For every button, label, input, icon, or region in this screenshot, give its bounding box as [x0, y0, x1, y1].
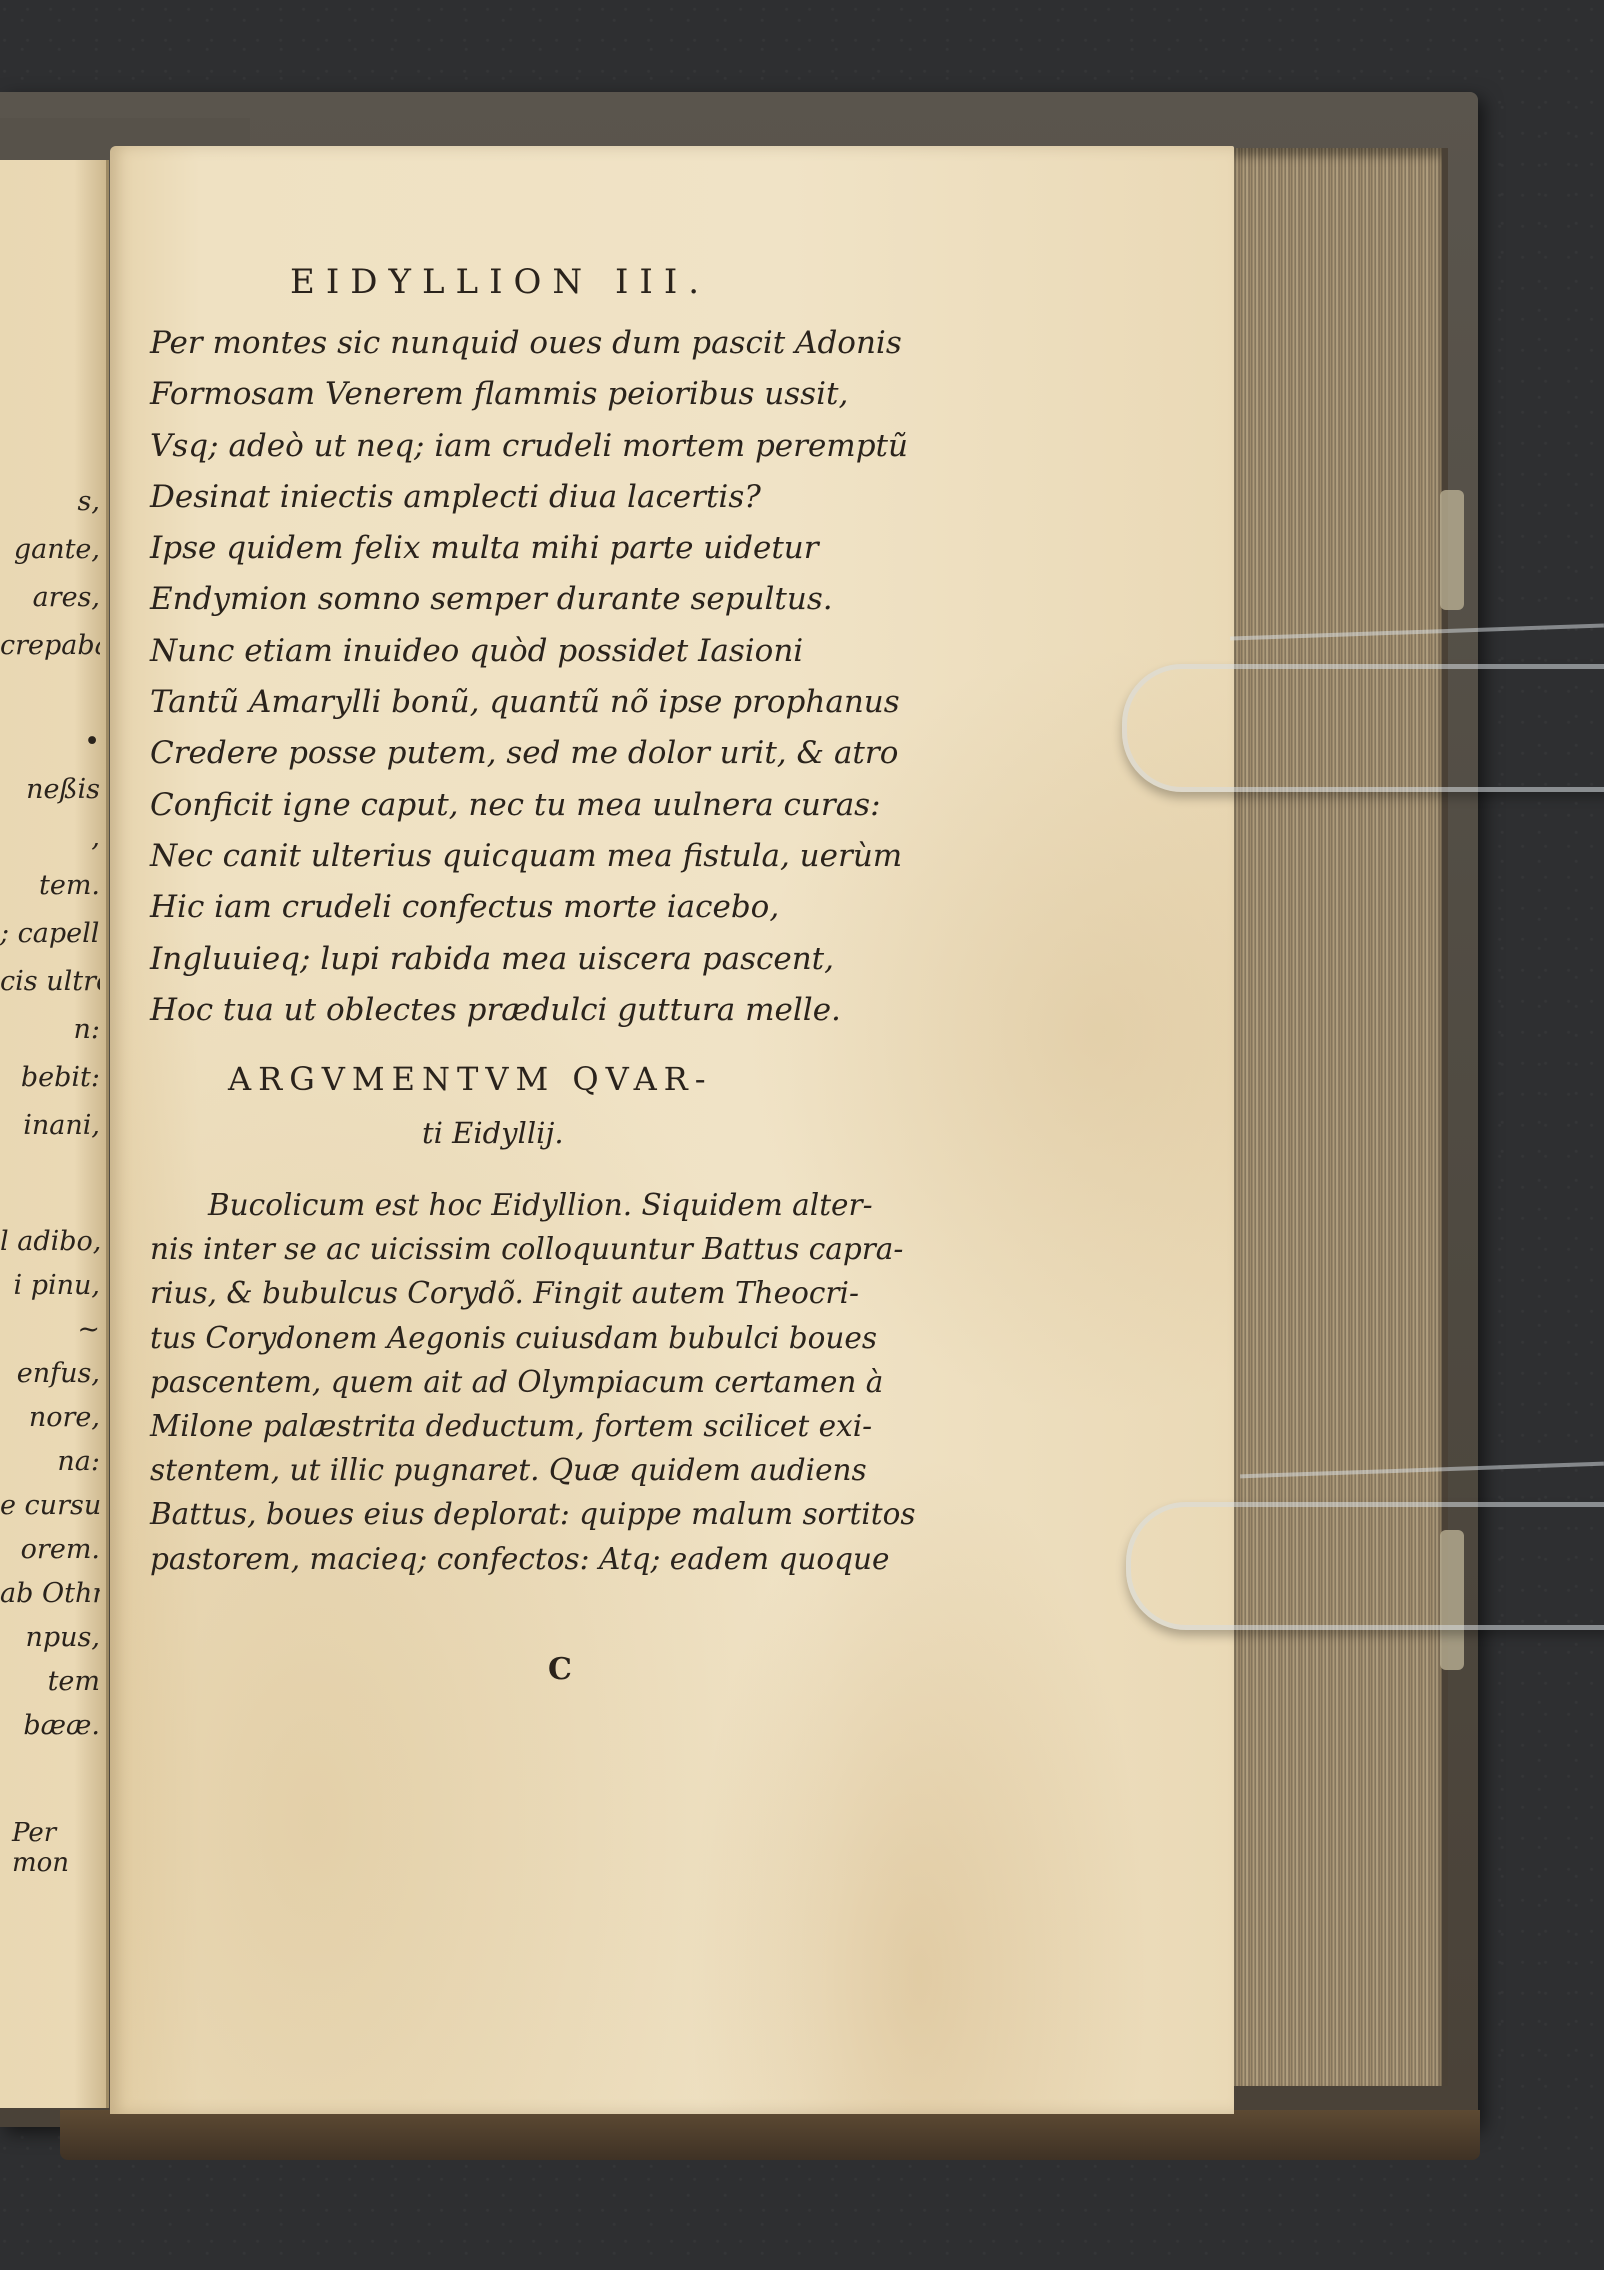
left-fragment-line: •	[0, 718, 100, 766]
paper-clip-icon	[1122, 664, 1604, 792]
verse-line: Formosam Venerem flammis peioribus ussit…	[150, 369, 908, 420]
catchword: Per mon	[12, 1818, 106, 1878]
paragraph-line: nis inter se ac uicissim colloquuntur Ba…	[150, 1227, 916, 1271]
verse-line: Hic iam crudeli confectus morte iacebo,	[150, 882, 908, 933]
argument-heading-continued: ti Eidyllij.	[422, 1116, 564, 1150]
left-fragment-line: enfus,	[0, 1352, 100, 1396]
verse-line: Per montes sic nunquid oues dum pascit A…	[150, 318, 908, 369]
verse-line: Tantũ Amarylli bonũ, quantũ nõ ipse prop…	[150, 677, 908, 728]
verse-line: Desinat iniectis amplecti diua lacertis?	[150, 472, 908, 523]
left-fragment-line: inani,	[0, 1102, 100, 1150]
verse-line: Endymion somno semper durante sepultus.	[150, 574, 908, 625]
paragraph-line: rius, & bubulcus Corydõ. Fingit autem Th…	[150, 1271, 916, 1315]
paragraph-line: tus Corydonem Aegonis cuiusdam bubulci b…	[150, 1316, 916, 1360]
left-fragment-line: neßis	[0, 766, 100, 814]
verse-line: Nec canit ulterius quicquam mea fistula,…	[150, 831, 908, 882]
left-fragment-line: bebit:	[0, 1054, 100, 1102]
left-fragment-line: nore,	[0, 1396, 100, 1440]
left-page-text-bottom: l adibo, i pinu, ~ enfus, nore, na: e cu…	[0, 1220, 100, 1748]
left-fragment-line: ,	[0, 814, 100, 862]
verse-line: Ipse quidem felix multa mihi parte uidet…	[150, 523, 908, 574]
left-fragment-line: tem.	[0, 862, 100, 910]
left-fragment-line: ares,	[0, 574, 100, 622]
page-block-edges	[1232, 148, 1448, 2086]
left-page-text-top: s, gante, ares, crepabat • neßis , tem. …	[0, 478, 100, 1150]
argument-heading: ARGVMENTVM QVAR-	[228, 1060, 808, 1098]
left-fragment-line: n:	[0, 1006, 100, 1054]
left-fragment-line: gante,	[0, 526, 100, 574]
left-fragment-line: s,	[0, 478, 100, 526]
paragraph-line: pastorem, macieq; confectos: Atq; eadem …	[150, 1537, 916, 1581]
left-fragment-line: crepabat	[0, 622, 100, 670]
argument-paragraph: Bucolicum est hoc Eidyllion. Siquidem al…	[150, 1183, 916, 1581]
left-fragment-line: bææ.	[0, 1704, 100, 1748]
left-fragment-line: l adibo,	[0, 1220, 100, 1264]
left-fragment-line: i pinu,	[0, 1264, 100, 1308]
verse-line: Nunc etiam inuideo quòd possidet Iasioni	[150, 626, 908, 677]
left-fragment-line: ; capellà,	[0, 910, 100, 958]
paragraph-line: Milone palæstrita deductum, fortem scili…	[150, 1404, 916, 1448]
left-fragment-line: orem.	[0, 1528, 100, 1572]
paragraph-line: pascentem, quem ait ad Olympiacum certam…	[150, 1360, 916, 1404]
verse-line: Conficit igne caput, nec tu mea uulnera …	[150, 780, 908, 831]
paragraph-line: stentem, ut illic pugnaret. Quæ quidem a…	[150, 1448, 916, 1492]
verse-line: Vsq; adeò ut neq; iam crudeli mortem per…	[150, 421, 908, 472]
paragraph-line: Bucolicum est hoc Eidyllion. Siquidem al…	[150, 1183, 916, 1227]
cover-bottom-edge	[60, 2110, 1480, 2160]
left-fragment-line: ab Othry	[0, 1572, 100, 1616]
left-fragment-line: ~	[0, 1308, 100, 1352]
signature-mark: C	[548, 1652, 572, 1687]
verse-line: Hoc tua ut oblectes prædulci guttura mel…	[150, 985, 908, 1036]
left-fragment-line: na:	[0, 1440, 100, 1484]
paragraph-line: Battus, boues eius deplorat: quippe malu…	[150, 1492, 916, 1536]
left-fragment-line	[0, 670, 100, 718]
left-fragment-line: cis ultro	[0, 958, 100, 1006]
left-fragment-line: npus,	[0, 1616, 100, 1660]
verse-block: Per montes sic nunquid oues dum pascit A…	[150, 318, 908, 1036]
running-header: EIDYLLION III.	[290, 262, 740, 302]
spine-tab-stain	[1440, 490, 1464, 610]
left-fragment-line: tem	[0, 1660, 100, 1704]
verse-line: Ingluuieq; lupi rabida mea uiscera pasce…	[150, 934, 908, 985]
verse-line: Credere posse putem, sed me dolor urit, …	[150, 728, 908, 779]
paper-clip-icon	[1126, 1502, 1604, 1630]
left-fragment-line: e cursu	[0, 1484, 100, 1528]
left-page: s, gante, ares, crepabat • neßis , tem. …	[0, 160, 109, 2108]
